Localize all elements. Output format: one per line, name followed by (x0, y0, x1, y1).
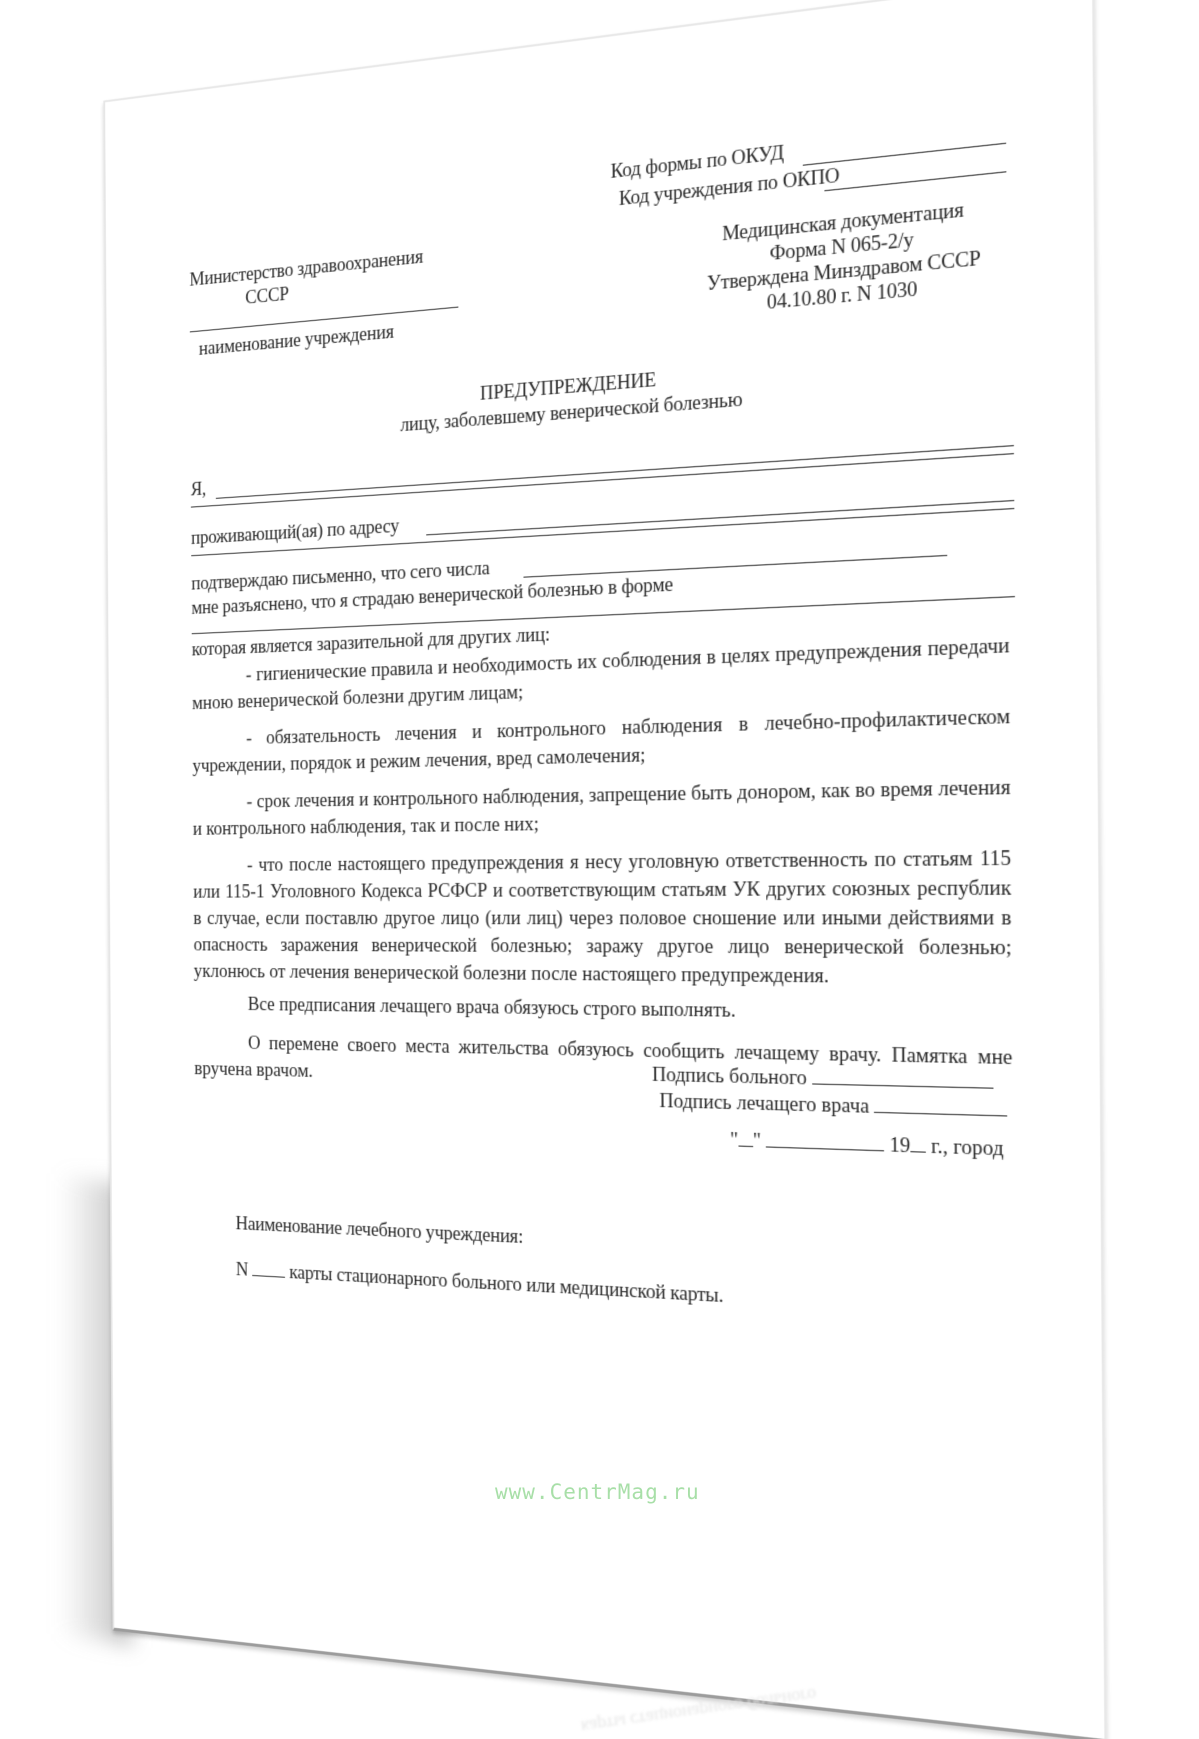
facility-label: Наименование лечебного учреждения: (236, 1213, 524, 1250)
month-field[interactable] (766, 1131, 884, 1151)
doctor-signature-field[interactable] (874, 1096, 1007, 1116)
card-prefix: N (236, 1259, 248, 1281)
patient-signature-label: Подпись больного (652, 1063, 807, 1090)
i-label: Я, (191, 478, 206, 501)
doctor-signature-label: Подпись лечащего врача (659, 1090, 869, 1119)
form-meta: Медицинская документация Форма N 065-2/у… (682, 194, 1007, 323)
quote-open: " (730, 1129, 738, 1152)
okpo-field[interactable] (824, 171, 1006, 191)
city-label: г., город (931, 1135, 1004, 1161)
okud-field[interactable] (803, 143, 1006, 166)
year-field[interactable] (910, 1135, 926, 1152)
paragraph-liability: - что после настоящего предупреждения я … (193, 844, 1012, 993)
year-prefix: 19 (889, 1134, 910, 1158)
address-field[interactable] (426, 500, 1014, 535)
date-field[interactable] (523, 555, 947, 578)
card-text: карты стационарного больного или медицин… (289, 1262, 723, 1308)
ministry-heading: Министерство здравоохранения СССР (189, 245, 423, 315)
patient-signature-field[interactable] (812, 1068, 993, 1089)
card-number-row: N карты стационарного больного или медиц… (236, 1259, 723, 1309)
form-sheet: Код формы по ОКУД Код учреждения по ОКПО… (103, 0, 1106, 1739)
paragraph-obligations: Все предписания лечащего врача обязуюсь … (194, 991, 1012, 1030)
watermark: www.CentrMag.ru (495, 1480, 700, 1504)
date-city-row: "" 19 г., город (730, 1129, 1004, 1162)
paragraph-treatment: - обязательность лечения и контрольного … (192, 703, 1010, 781)
paragraph-duration: - срок лечения и контрольного наблюдения… (193, 774, 1011, 843)
quote-close: " (753, 1129, 761, 1152)
card-number-field[interactable] (252, 1261, 285, 1278)
document-stage: Код формы по ОКУД Код учреждения по ОКПО… (0, 0, 1199, 1739)
day-field[interactable] (738, 1130, 753, 1147)
